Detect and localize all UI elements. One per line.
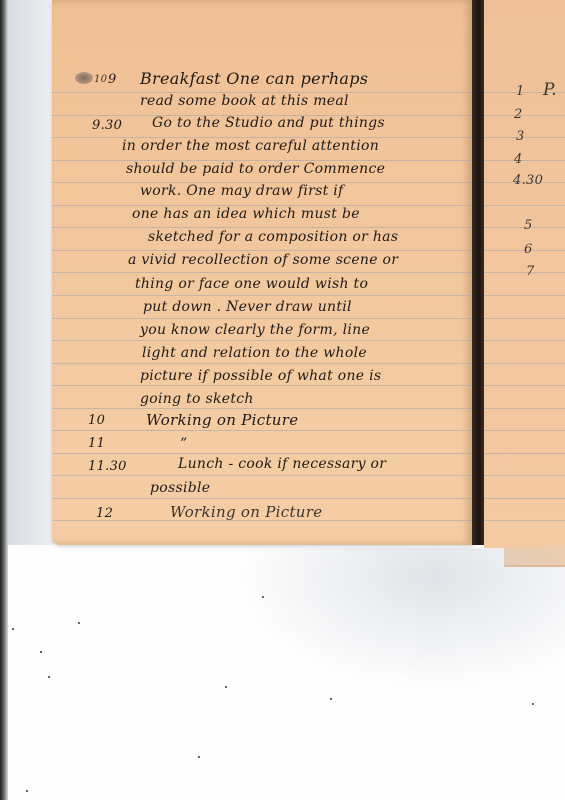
entry-line: picture if possible of what one is (140, 368, 381, 384)
rule-line (484, 475, 565, 476)
entry-line: Working on Picture (170, 503, 322, 521)
rule-line (484, 520, 565, 521)
entry-line: Working on Picture (146, 411, 298, 429)
scan-edge (0, 0, 8, 800)
entry-line: Go to the Studio and put things (152, 115, 385, 131)
entry-line: ” (180, 436, 187, 452)
rule-line (484, 363, 565, 364)
entry-line: one has an idea which must be (132, 206, 360, 222)
rule-line (52, 340, 474, 341)
right-time: 5 (524, 218, 533, 233)
rule-line (52, 385, 474, 386)
entry-line: Breakfast One can perhaps (140, 69, 368, 88)
entry-time: 12 (96, 506, 113, 521)
rule-line (52, 272, 474, 273)
entry-line: read some book at this meal (140, 93, 349, 109)
entry-line: in order the most careful attention (122, 138, 379, 154)
rule-line (484, 385, 565, 386)
rule-line (52, 408, 474, 409)
entry-line: going to sketch (140, 391, 254, 407)
rule-line (484, 160, 565, 161)
scanner-gutter (8, 0, 54, 545)
entry-time: 11.30 (88, 459, 127, 474)
rule-line (484, 272, 565, 273)
rule-line (52, 295, 474, 296)
rule-line (52, 318, 474, 319)
right-time: 2 (514, 107, 523, 122)
entry-line: sketched for a composition or has (148, 229, 398, 245)
entry-line: a vivid recollection of some scene or (128, 252, 398, 268)
rule-line (52, 453, 474, 454)
scan-shadow (240, 548, 565, 688)
rule-line (484, 318, 565, 319)
right-page-heading: P. (543, 80, 557, 100)
dust-speck (48, 676, 50, 678)
dust-speck (78, 622, 80, 624)
right-time: 3 (516, 129, 525, 144)
right-time: 1 (516, 84, 525, 99)
rule-line (52, 250, 474, 251)
rule-line (484, 430, 565, 431)
entry-time: 10 (88, 413, 105, 428)
dust-speck (40, 651, 42, 653)
rule-line (484, 115, 565, 116)
entry-line: you know clearly the form, line (140, 322, 370, 338)
rule-line (52, 475, 474, 476)
entry-line: possible (150, 480, 210, 496)
rule-line (484, 295, 565, 296)
rule-line (52, 227, 474, 228)
rule-line (52, 430, 474, 431)
rule-line (484, 340, 565, 341)
right-time: 6 (524, 242, 533, 257)
dust-speck (532, 703, 534, 705)
thumbprint-smudge (75, 72, 93, 84)
entry-line: work. One may draw first if (140, 183, 344, 199)
right-time: 4.30 (513, 173, 543, 188)
rule-line (484, 498, 565, 499)
entry-line: thing or face one would wish to (135, 276, 368, 292)
right-time: 7 (526, 264, 535, 279)
right-time: 4 (514, 152, 523, 167)
entry-line: put down . Never draw until (143, 299, 352, 315)
dust-speck (225, 686, 227, 688)
entry-line: Lunch - cook if necessary or (178, 456, 386, 472)
rule-line (484, 453, 565, 454)
margin-mark: 10 (94, 74, 107, 85)
entry-time: 9.30 (92, 118, 122, 133)
dust-speck (262, 596, 264, 598)
rule-line (52, 498, 474, 499)
dust-speck (12, 628, 14, 630)
dust-speck (198, 756, 200, 758)
dust-speck (330, 698, 332, 700)
rule-line (484, 408, 565, 409)
rule-line (484, 205, 565, 206)
entry-line: should be paid to order Commence (126, 161, 385, 177)
dust-speck (26, 790, 28, 792)
entry-line: light and relation to the whole (142, 345, 367, 361)
entry-time: 9 (108, 72, 117, 87)
rule-line (52, 363, 474, 364)
entry-time: 11 (88, 436, 105, 451)
